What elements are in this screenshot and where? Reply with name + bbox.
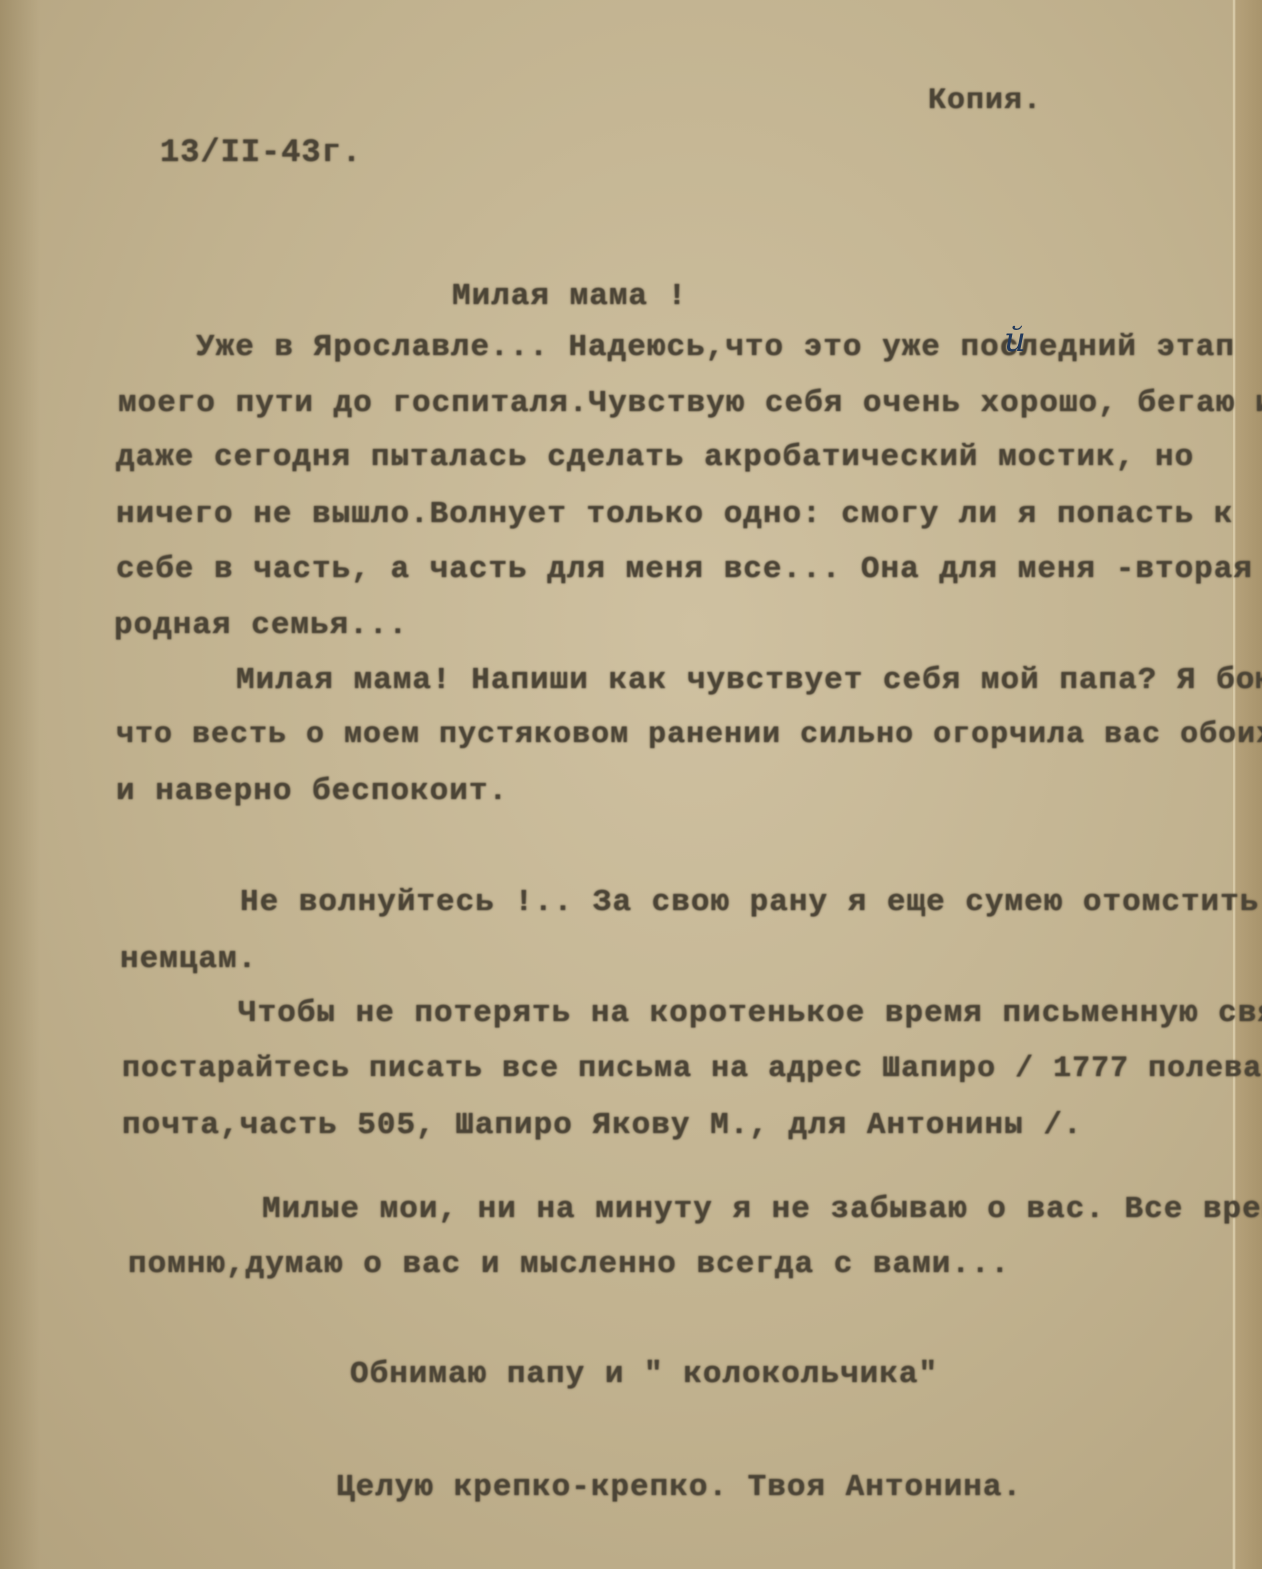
letter-sheet: Копия. 13/II-43г. Милая мама ! Уже в Яро… [0,0,1232,1569]
closing-signature: Целую крепко-крепко. Твоя Антонина. [336,1472,1022,1503]
salutation: Милая мама ! [452,281,687,312]
paragraph-1-line-4: ничего не вышло.Волнует только одно: смо… [116,499,1233,530]
paragraph-4-line-1: Чтобы не потерять на коротенькое время п… [238,998,1262,1029]
paragraph-4-line-2: постарайтесь писать все письма на адрес … [122,1054,1262,1084]
paragraph-1-line-6: родная семья... [114,610,408,641]
paragraph-2-line-3: и наверно беспокоит. [116,776,508,807]
paragraph-2-line-1: Милая мама! Напиши как чувствует себя мо… [236,665,1262,696]
paragraph-3-line-2: немцам. [120,944,257,975]
paragraph-4-line-3: почта,часть 505, Шапиро Якову М., для Ан… [122,1110,1083,1141]
paragraph-5-line-2: помню,думаю о вас и мысленно всегда с ва… [128,1249,1010,1280]
paragraph-2-line-2: что весть о моем пустяковом ранении силь… [116,720,1262,750]
paragraph-1-line-3: даже сегодня пыталась сделать акробатиче… [116,442,1194,473]
letter-date: 13/II-43г. [160,137,362,169]
paragraph-1-line-1: Уже в Ярославле... Надеюсь,что это уже п… [196,332,1235,363]
paragraph-5-line-1: Милые мои, ни на минуту я не забываю о в… [262,1194,1262,1225]
paragraph-1-line-2: моего пути до госпиталя.Чувствую себя оч… [118,388,1262,419]
handwritten-correction: й [1004,320,1026,360]
stacked-pages-edge [1232,0,1262,1569]
paragraph-1-line-5: себе в часть, а часть для меня все... Он… [116,554,1253,585]
paragraph-3-line-1: Не волнуйтесь !.. За свою рану я еще сум… [240,887,1259,918]
closing-hug: Обнимаю папу и " колокольчика" [350,1359,938,1390]
copy-mark: Копия. [928,86,1042,116]
